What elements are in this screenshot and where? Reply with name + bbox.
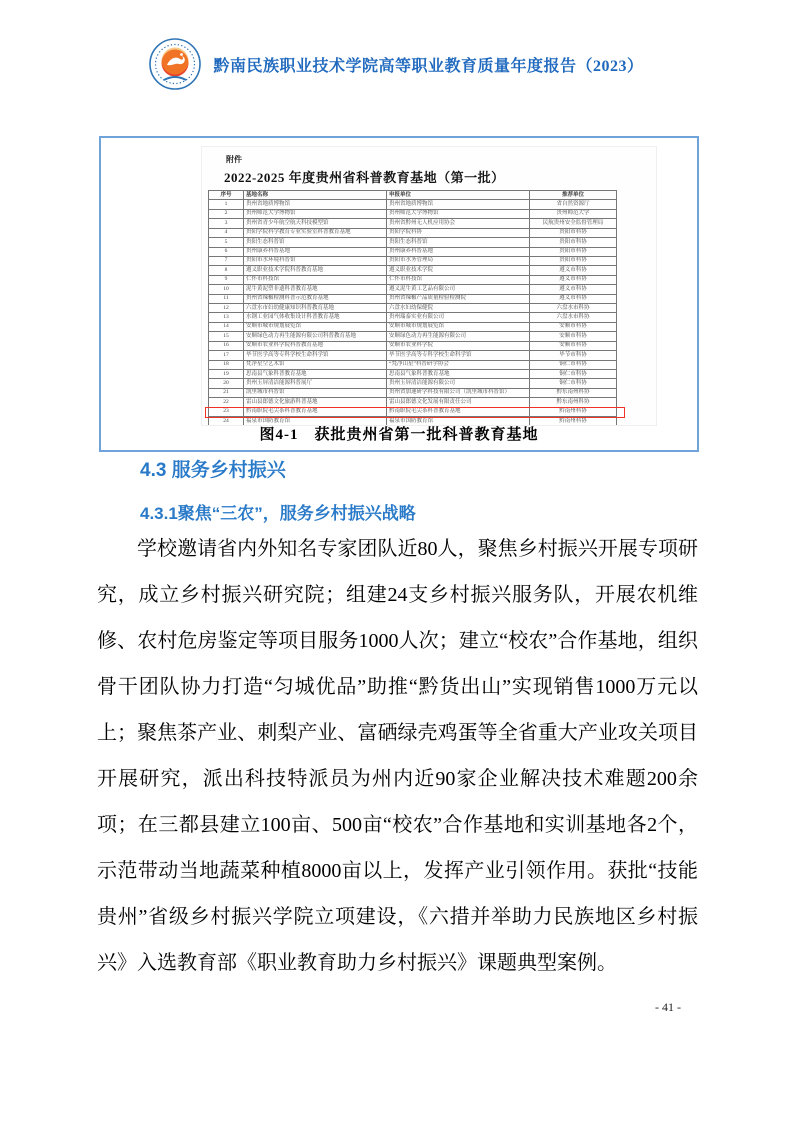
table-cell: 安顺市农业科学院科普教育基地 xyxy=(244,341,387,350)
table-cell: 贵阳市科协 xyxy=(530,247,617,256)
table-row: 23黔南职院毛尖茶科普教育基地黔南职院毛尖茶科普教育基地黔南州科协 xyxy=(209,407,617,416)
table-row: 5贵阳生态科普馆贵阳生态科普馆贵阳市科协 xyxy=(209,238,617,247)
table-row: 20贵州玉屏清洁能源科普展厅贵州玉屏清洁能源有限公司铜仁市科协 xyxy=(209,379,617,388)
table-row: 12六盘水市妇幼健康知识科普教育基地六盘水妇幼保健院六盘水市科协 xyxy=(209,304,617,313)
table-cell: 铜仁市科协 xyxy=(530,360,617,369)
table-cell: 贵州师范大学博物馆 xyxy=(244,209,387,218)
table-cell: 贵州玉屏清洁能源科普展厅 xyxy=(244,379,387,388)
table-cell: 泥牛黄泥塑非遗科普教育基地 xyxy=(244,285,387,294)
table-cell: 18 xyxy=(209,360,244,369)
table-row: 18梵净星空艺术馆“梵净山星”科普研学协会铜仁市科协 xyxy=(209,360,617,369)
table-cell: 六盘水市科协 xyxy=(530,304,617,313)
table-cell: 12 xyxy=(209,304,244,313)
table-cell: 遵义市科协 xyxy=(530,275,617,284)
table-cell: 3 xyxy=(209,219,244,228)
table-cell: 11 xyxy=(209,294,244,303)
table-cell: 14 xyxy=(209,322,244,331)
table-cell: 23 xyxy=(209,407,244,416)
table-row: 10泥牛黄泥塑非遗科普教育基地遵义泥牛黄工艺品有限公司遵义市科协 xyxy=(209,285,617,294)
table-cell: 遵义职业技术学院 xyxy=(387,266,530,275)
table-cell: 省自然资源厅 xyxy=(530,200,617,209)
table-cell: 六盘水妇幼保健院 xyxy=(387,304,530,313)
table-cell: 安顺绿色动力再生能源有限公司 xyxy=(387,332,530,341)
table-row: 22雷山县郎德文化旅游科普基地雷山县郎德文化发展有限责任公司黔东南州科协 xyxy=(209,398,617,407)
table-cell: 7 xyxy=(209,256,244,265)
table-cell: 贵阳学院科协 xyxy=(387,228,530,237)
page-header: 黔南民族职业技术学院高等职业教育质量年度报告（2023） xyxy=(0,38,793,90)
section-heading-4-3: 4.3 服务乡村振兴 xyxy=(140,455,286,482)
table-row: 9仁怀市科技馆仁怀市科技馆遵义市科协 xyxy=(209,275,617,284)
table-cell: 2 xyxy=(209,209,244,218)
table-cell: 贵州省黔州无人机应用协会 xyxy=(387,219,530,228)
college-logo-icon xyxy=(149,38,201,90)
table-row: 2贵州师范大学博物馆贵州师范大学博物馆贵州师范大学 xyxy=(209,209,617,218)
column-header: 推荐单位 xyxy=(530,191,617,200)
table-cell: 黔南职院毛尖茶科普教育基地 xyxy=(244,407,387,416)
table-title: 2022-2025 年度贵州省科普教育基地（第一批） xyxy=(224,167,656,186)
table-cell: 遵义职业技术学院科普教育基地 xyxy=(244,266,387,275)
table-cell: 贵阳市科协 xyxy=(530,238,617,247)
table-cell: 贵州省地质博物馆 xyxy=(387,200,530,209)
embedded-screenshot: 附件 2022-2025 年度贵州省科普教育基地（第一批） 序号基地名称申报单位… xyxy=(201,146,657,426)
report-page: 黔南民族职业技术学院高等职业教育质量年度报告（2023） 附件 2022-202… xyxy=(0,0,793,1122)
table-cell: 遵义市科协 xyxy=(530,294,617,303)
table-cell: 贵州康养科普基地 xyxy=(244,247,387,256)
table-cell: 21 xyxy=(209,388,244,397)
table-cell: 6 xyxy=(209,247,244,256)
table-cell: 安顺绿色动力再生能源有限公司科普教育基地 xyxy=(244,332,387,341)
table-cell: 凯里城市科普馆 xyxy=(244,388,387,397)
table-cell: 黔东南州科协 xyxy=(530,398,617,407)
report-title: 黔南民族职业技术学院高等职业教育质量年度报告（2023） xyxy=(213,53,643,76)
table-cell: 梵净星空艺术馆 xyxy=(244,360,387,369)
table-cell: 安顺市城市规划展览馆 xyxy=(244,322,387,331)
table-cell: 16 xyxy=(209,341,244,350)
table-cell: 贵州省辣椒产品质量检验检测院 xyxy=(387,294,530,303)
table-cell: 铜仁市科协 xyxy=(530,370,617,379)
table-cell: 贵州省青少年航空航天科技模型馆 xyxy=(244,219,387,228)
table-cell: 雷山县郎德文化发展有限责任公司 xyxy=(387,398,530,407)
table-cell: 安顺市农业科学院 xyxy=(387,341,530,350)
table-cell: 13 xyxy=(209,313,244,322)
table-cell: 贵州玉屏清洁能源有限公司 xyxy=(387,379,530,388)
table-row: 19思南县气象科普教育基地思南县气象科普教育基地铜仁市科协 xyxy=(209,370,617,379)
table-row: 17毕节医学高等专科学校生命科学馆毕节医学高等专科学校生命科学馆毕节市科协 xyxy=(209,351,617,360)
table-row: 14安顺市城市规划展览馆安顺市城市规划展览馆安顺市科协 xyxy=(209,322,617,331)
table-cell: 贵州省辣椒检测科普示范教育基地 xyxy=(244,294,387,303)
table-cell: 思南县气象科普教育基地 xyxy=(387,370,530,379)
table-cell: 毕节医学高等专科学校生命科学馆 xyxy=(387,351,530,360)
table-cell: 水钢工业园气体收集设计科普教育基地 xyxy=(244,313,387,322)
base-table: 序号基地名称申报单位推荐单位 1贵州省地质博物馆贵州省地质博物馆省自然资源厅2贵… xyxy=(208,190,617,426)
table-cell: 贵阳市科协 xyxy=(530,256,617,265)
figure-4-1: 附件 2022-2025 年度贵州省科普教育基地（第一批） 序号基地名称申报单位… xyxy=(99,136,699,452)
table-cell: 17 xyxy=(209,351,244,360)
table-cell: 遵义泥牛黄工艺品有限公司 xyxy=(387,285,530,294)
table-cell: 19 xyxy=(209,370,244,379)
table-row: 8遵义职业技术学院科普教育基地遵义职业技术学院遵义市科协 xyxy=(209,266,617,275)
column-header: 序号 xyxy=(209,191,244,200)
table-row: 13水钢工业园气体收集设计科普教育基地贵州瑞泰实业有限公司六盘水市科协 xyxy=(209,313,617,322)
table-cell: 贵州师范大学 xyxy=(530,209,617,218)
section-heading-4-3-1: 4.3.1聚焦“三农”，服务乡村振兴战略 xyxy=(140,499,416,524)
table-cell: 安顺市城市规划展览馆 xyxy=(387,322,530,331)
page-number: - 41 - xyxy=(655,1000,681,1015)
table-cell: 贵阳学院科学教育专业实验室科普教育基地 xyxy=(244,228,387,237)
table-cell: 遵义市科协 xyxy=(530,285,617,294)
attachment-label: 附件 xyxy=(226,154,656,165)
table-cell: 5 xyxy=(209,238,244,247)
column-header: 申报单位 xyxy=(387,191,530,200)
table-cell: 铜仁市科协 xyxy=(530,379,617,388)
table-cell: 雷山县郎德文化旅游科普基地 xyxy=(244,398,387,407)
table-cell: 10 xyxy=(209,285,244,294)
table-cell: 贵阳生态科普馆 xyxy=(244,238,387,247)
table-header-row: 序号基地名称申报单位推荐单位 xyxy=(209,191,617,200)
table-cell: 20 xyxy=(209,379,244,388)
body-paragraph: 学校邀请省内外知名专家团队近80人，聚焦乡村振兴开展专项研究，成立乡村振兴研究院… xyxy=(97,526,698,986)
table-cell: 黔南职院毛尖茶科普教育基地 xyxy=(387,407,530,416)
table-row: 21凯里城市科普馆贵州省加速研学科技有限公司（凯里城市科普馆）黔东南州科协 xyxy=(209,388,617,397)
figure-caption: 图4-1 获批贵州省第一批科普教育基地 xyxy=(101,423,697,444)
table-row: 1贵州省地质博物馆贵州省地质博物馆省自然资源厅 xyxy=(209,200,617,209)
table-cell: 六盘水市科协 xyxy=(530,313,617,322)
table-cell: 22 xyxy=(209,398,244,407)
table-cell: 贵州师范大学博物馆 xyxy=(387,209,530,218)
table-cell: 贵州省地质博物馆 xyxy=(244,200,387,209)
table-row: 6贵州康养科普基地贵州康养科普基地贵阳市科协 xyxy=(209,247,617,256)
table-cell: 黔东南州科协 xyxy=(530,388,617,397)
table-cell: 仁怀市科技馆 xyxy=(244,275,387,284)
table-row: 11贵州省辣椒检测科普示范教育基地贵州省辣椒产品质量检验检测院遵义市科协 xyxy=(209,294,617,303)
table-cell: “梵净山星”科普研学协会 xyxy=(387,360,530,369)
table-cell: 贵阳市科协 xyxy=(530,228,617,237)
table-cell: 贵阳市水务管理局 xyxy=(387,256,530,265)
table-cell: 六盘水市妇幼健康知识科普教育基地 xyxy=(244,304,387,313)
table-row: 3贵州省青少年航空航天科技模型馆贵州省黔州无人机应用协会民航贵州安全监督管理局 xyxy=(209,219,617,228)
table-cell: 安顺市科协 xyxy=(530,341,617,350)
table-cell: 9 xyxy=(209,275,244,284)
table-cell: 贵州康养科普基地 xyxy=(387,247,530,256)
table-cell: 4 xyxy=(209,228,244,237)
table-row: 15安顺绿色动力再生能源有限公司科普教育基地安顺绿色动力再生能源有限公司安顺市科… xyxy=(209,332,617,341)
table-cell: 贵阳市水环境科普馆 xyxy=(244,256,387,265)
table-row: 16安顺市农业科学院科普教育基地安顺市农业科学院安顺市科协 xyxy=(209,341,617,350)
table-cell: 贵州省加速研学科技有限公司（凯里城市科普馆） xyxy=(387,388,530,397)
table-cell: 安顺市科协 xyxy=(530,322,617,331)
table-cell: 8 xyxy=(209,266,244,275)
table-cell: 贵州瑞泰实业有限公司 xyxy=(387,313,530,322)
table-cell: 毕节医学高等专科学校生命科学馆 xyxy=(244,351,387,360)
table-row: 7贵阳市水环境科普馆贵阳市水务管理局贵阳市科协 xyxy=(209,256,617,265)
table-cell: 思南县气象科普教育基地 xyxy=(244,370,387,379)
table-cell: 1 xyxy=(209,200,244,209)
table-cell: 遵义市科协 xyxy=(530,266,617,275)
table-row: 4贵阳学院科学教育专业实验室科普教育基地贵阳学院科协贵阳市科协 xyxy=(209,228,617,237)
table-cell: 黔南州科协 xyxy=(530,407,617,416)
table-cell: 仁怀市科技馆 xyxy=(387,275,530,284)
table-cell: 毕节市科协 xyxy=(530,351,617,360)
table-cell: 安顺市科协 xyxy=(530,332,617,341)
table-cell: 15 xyxy=(209,332,244,341)
table-cell: 民航贵州安全监督管理局 xyxy=(530,219,617,228)
column-header: 基地名称 xyxy=(244,191,387,200)
table-cell: 贵阳生态科普馆 xyxy=(387,238,530,247)
